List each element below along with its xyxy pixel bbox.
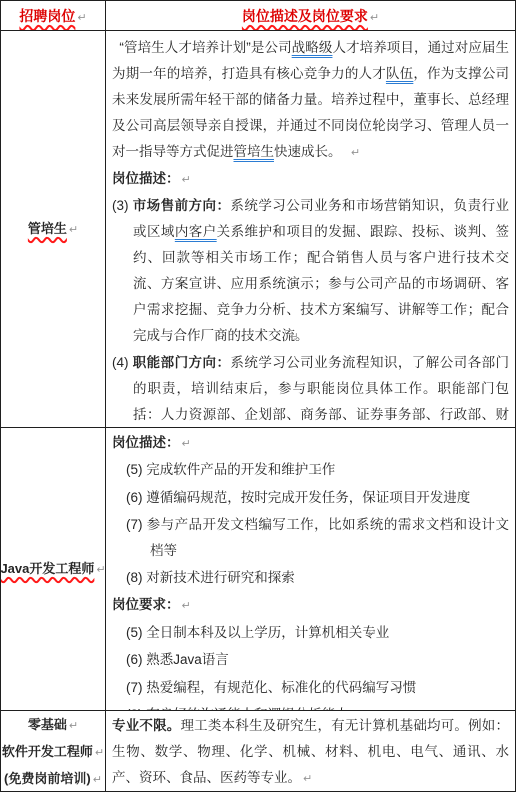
paragraph-mark-icon: ↵ (96, 557, 105, 583)
text-segment: 专业不限。 (112, 718, 180, 733)
job-description-cell: 专业不限。理工类本科生及研究生，有无计算机基础均可。例如：生物、数学、物理、化学… (106, 711, 515, 792)
paragraph-mark-icon: ↵ (77, 11, 86, 24)
text-segment: 岗位描述： (112, 171, 180, 186)
paragraph: (5) 完成软件产品的开发和维护工作↵ (126, 457, 509, 484)
paragraph: “管培生人才培养计划”是公司战略级人才培养项目，通过对应届生为期一年的培养，打造… (112, 35, 509, 166)
text-segment: 快速成长。 (274, 144, 342, 159)
text-segment: 市场售前方向： (133, 198, 231, 213)
list-number: (5) (126, 625, 146, 640)
job-description-cell: 岗位描述：↵(5) 完成软件产品的开发和维护工作↵(6) 遵循编码规范，按时完成… (106, 428, 515, 711)
job-title-line: Java开发工程师↵ (1, 556, 106, 583)
paragraph: (3) 市场售前方向：系统学习公司业务和市场营销知识，负责行业或区域内客户关系维… (112, 193, 509, 350)
job-title-cell: Java开发工程师↵ (1, 428, 106, 711)
job-title-text: Java开发工程师 (1, 561, 94, 576)
job-title-cell: 管培生↵ (1, 31, 106, 428)
job-description-content: “管培生人才培养计划”是公司战略级人才培养项目，通过对应届生为期一年的培养，打造… (106, 31, 515, 428)
job-description-content: 专业不限。理工类本科生及研究生，有无计算机基础均可。例如：生物、数学、物理、化学… (106, 711, 515, 792)
text-segment: 管培生 (234, 144, 275, 159)
job-title-line: 管培生↵ (28, 216, 78, 243)
text-segment: 完成软件产品的开发和维护工作 (146, 462, 335, 477)
list-number: (7) (126, 517, 147, 532)
paragraph-mark-icon: ↵ (370, 11, 379, 24)
job-title-text: 零基础 (28, 717, 67, 732)
text-segment: 全日制本科及以上学历，计算机相关专业 (146, 625, 389, 640)
paragraph: (7) 热爱编程，有规范化、标准化的代码编写习惯↵ (126, 675, 509, 702)
paragraph: (8) 对新技术进行研究和探索↵ (126, 565, 509, 592)
table-row: Java开发工程师↵岗位描述：↵(5) 完成软件产品的开发和维护工作↵(6) 遵… (1, 428, 515, 711)
job-title-line: 零基础↵ (28, 712, 78, 739)
header-cell-position: 招聘岗位↵ (1, 1, 106, 31)
paragraph: (6) 遵循编码规范，按时完成开发任务，保证项目开发进度↵ (126, 485, 509, 512)
text-segment: 岗位要求： (112, 597, 180, 612)
paragraph: (6) 熟悉Java语言↵ (126, 647, 509, 674)
list-number: (6) (126, 490, 146, 505)
list-number: (4) (112, 355, 133, 370)
paragraph: 专业不限。理工类本科生及研究生，有无计算机基础均可。例如：生物、数学、物理、化学… (112, 713, 509, 792)
table-row: 管培生↵“管培生人才培养计划”是公司战略级人才培养项目，通过对应届生为期一年的培… (1, 31, 515, 428)
text-segment: 热爱编程，有规范化、标准化的代码编写习惯 (146, 680, 416, 695)
paragraph-mark-icon: ↵ (95, 740, 104, 766)
paragraph: 岗位描述：↵ (112, 430, 509, 457)
text-segment: 参与产品开发文档编写工作，比如系统的需求文档和设计文档等 (147, 517, 509, 557)
job-title-text: 软件开发工程师 (2, 744, 93, 759)
text-segment: 熟悉Java语言 (146, 652, 229, 667)
job-title-text: (免费岗前培训) (4, 771, 91, 786)
header-position-label: 招聘岗位 (19, 8, 75, 24)
list-number: (8) (126, 570, 146, 585)
paragraph: 岗位描述：↵ (112, 166, 509, 193)
text-segment: 遵循编码规范，按时完成开发任务，保证项目开发进度 (146, 490, 470, 505)
paragraph: (8) 有良好的沟通能力和逻辑分析能力↵ (126, 702, 509, 711)
paragraph-mark-icon: ↵ (93, 767, 102, 792)
job-description-content: 岗位描述：↵(5) 完成软件产品的开发和维护工作↵(6) 遵循编码规范，按时完成… (106, 428, 515, 711)
paragraph-mark-icon: ↵ (344, 140, 361, 166)
table-header-row: 招聘岗位↵ 岗位描述及岗位要求↵ (1, 1, 515, 31)
text-segment: 关系维护和项目的发掘、跟踪、投标、谈判、签约、回款等相关市场工作；配合销售人员与… (133, 224, 509, 343)
list-number: (6) (126, 652, 146, 667)
text-segment: 内客户 (175, 224, 217, 239)
paragraph-mark-icon: ↵ (182, 594, 191, 619)
paragraph: 岗位要求：↵ (112, 592, 509, 619)
table-body: 管培生↵“管培生人才培养计划”是公司战略级人才培养项目，通过对应届生为期一年的培… (1, 31, 515, 792)
text-segment: “管培生人才培养计划”是公司 (119, 40, 291, 55)
header-description-label: 岗位描述及岗位要求 (242, 8, 368, 24)
text-segment: 职能部门方向： (133, 355, 231, 370)
text-segment: 岗位描述： (112, 435, 180, 450)
job-title-cell: 零基础↵软件开发工程师↵(免费岗前培训)↵ (1, 711, 106, 792)
list-number: (3) (112, 198, 133, 213)
recruitment-table: 招聘岗位↵ 岗位描述及岗位要求↵ 管培生↵“管培生人才培养计划”是公司战略级人才… (0, 0, 516, 792)
text-segment: 队伍 (386, 66, 413, 81)
job-title-line: 软件开发工程师↵ (2, 739, 104, 766)
paragraph-mark-icon: ↵ (69, 217, 78, 243)
paragraph-mark-icon: ↵ (182, 167, 191, 193)
paragraph-mark-icon: ↵ (303, 766, 312, 792)
job-title-text: 管培生 (28, 221, 67, 236)
list-number: (7) (126, 680, 146, 695)
paragraph: (4) 职能部门方向：系统学习公司业务流程知识，了解公司各部门的职责，培训结束后… (112, 350, 509, 428)
job-title-line: (免费岗前培训)↵ (4, 766, 102, 792)
paragraph: (5) 全日制本科及以上学历，计算机相关专业↵ (126, 620, 509, 647)
paragraph-mark-icon: ↵ (182, 432, 191, 457)
list-number: (5) (126, 462, 146, 477)
text-segment: 战略级 (292, 40, 333, 55)
paragraph: (7) 参与产品开发文档编写工作，比如系统的需求文档和设计文档等↵ (126, 512, 509, 565)
header-cell-description: 岗位描述及岗位要求↵ (106, 1, 515, 31)
job-description-cell: “管培生人才培养计划”是公司战略级人才培养项目，通过对应届生为期一年的培养，打造… (106, 31, 515, 428)
paragraph-mark-icon: ↵ (69, 713, 78, 739)
table-row: 零基础↵软件开发工程师↵(免费岗前培训)↵专业不限。理工类本科生及研究生，有无计… (1, 711, 515, 792)
